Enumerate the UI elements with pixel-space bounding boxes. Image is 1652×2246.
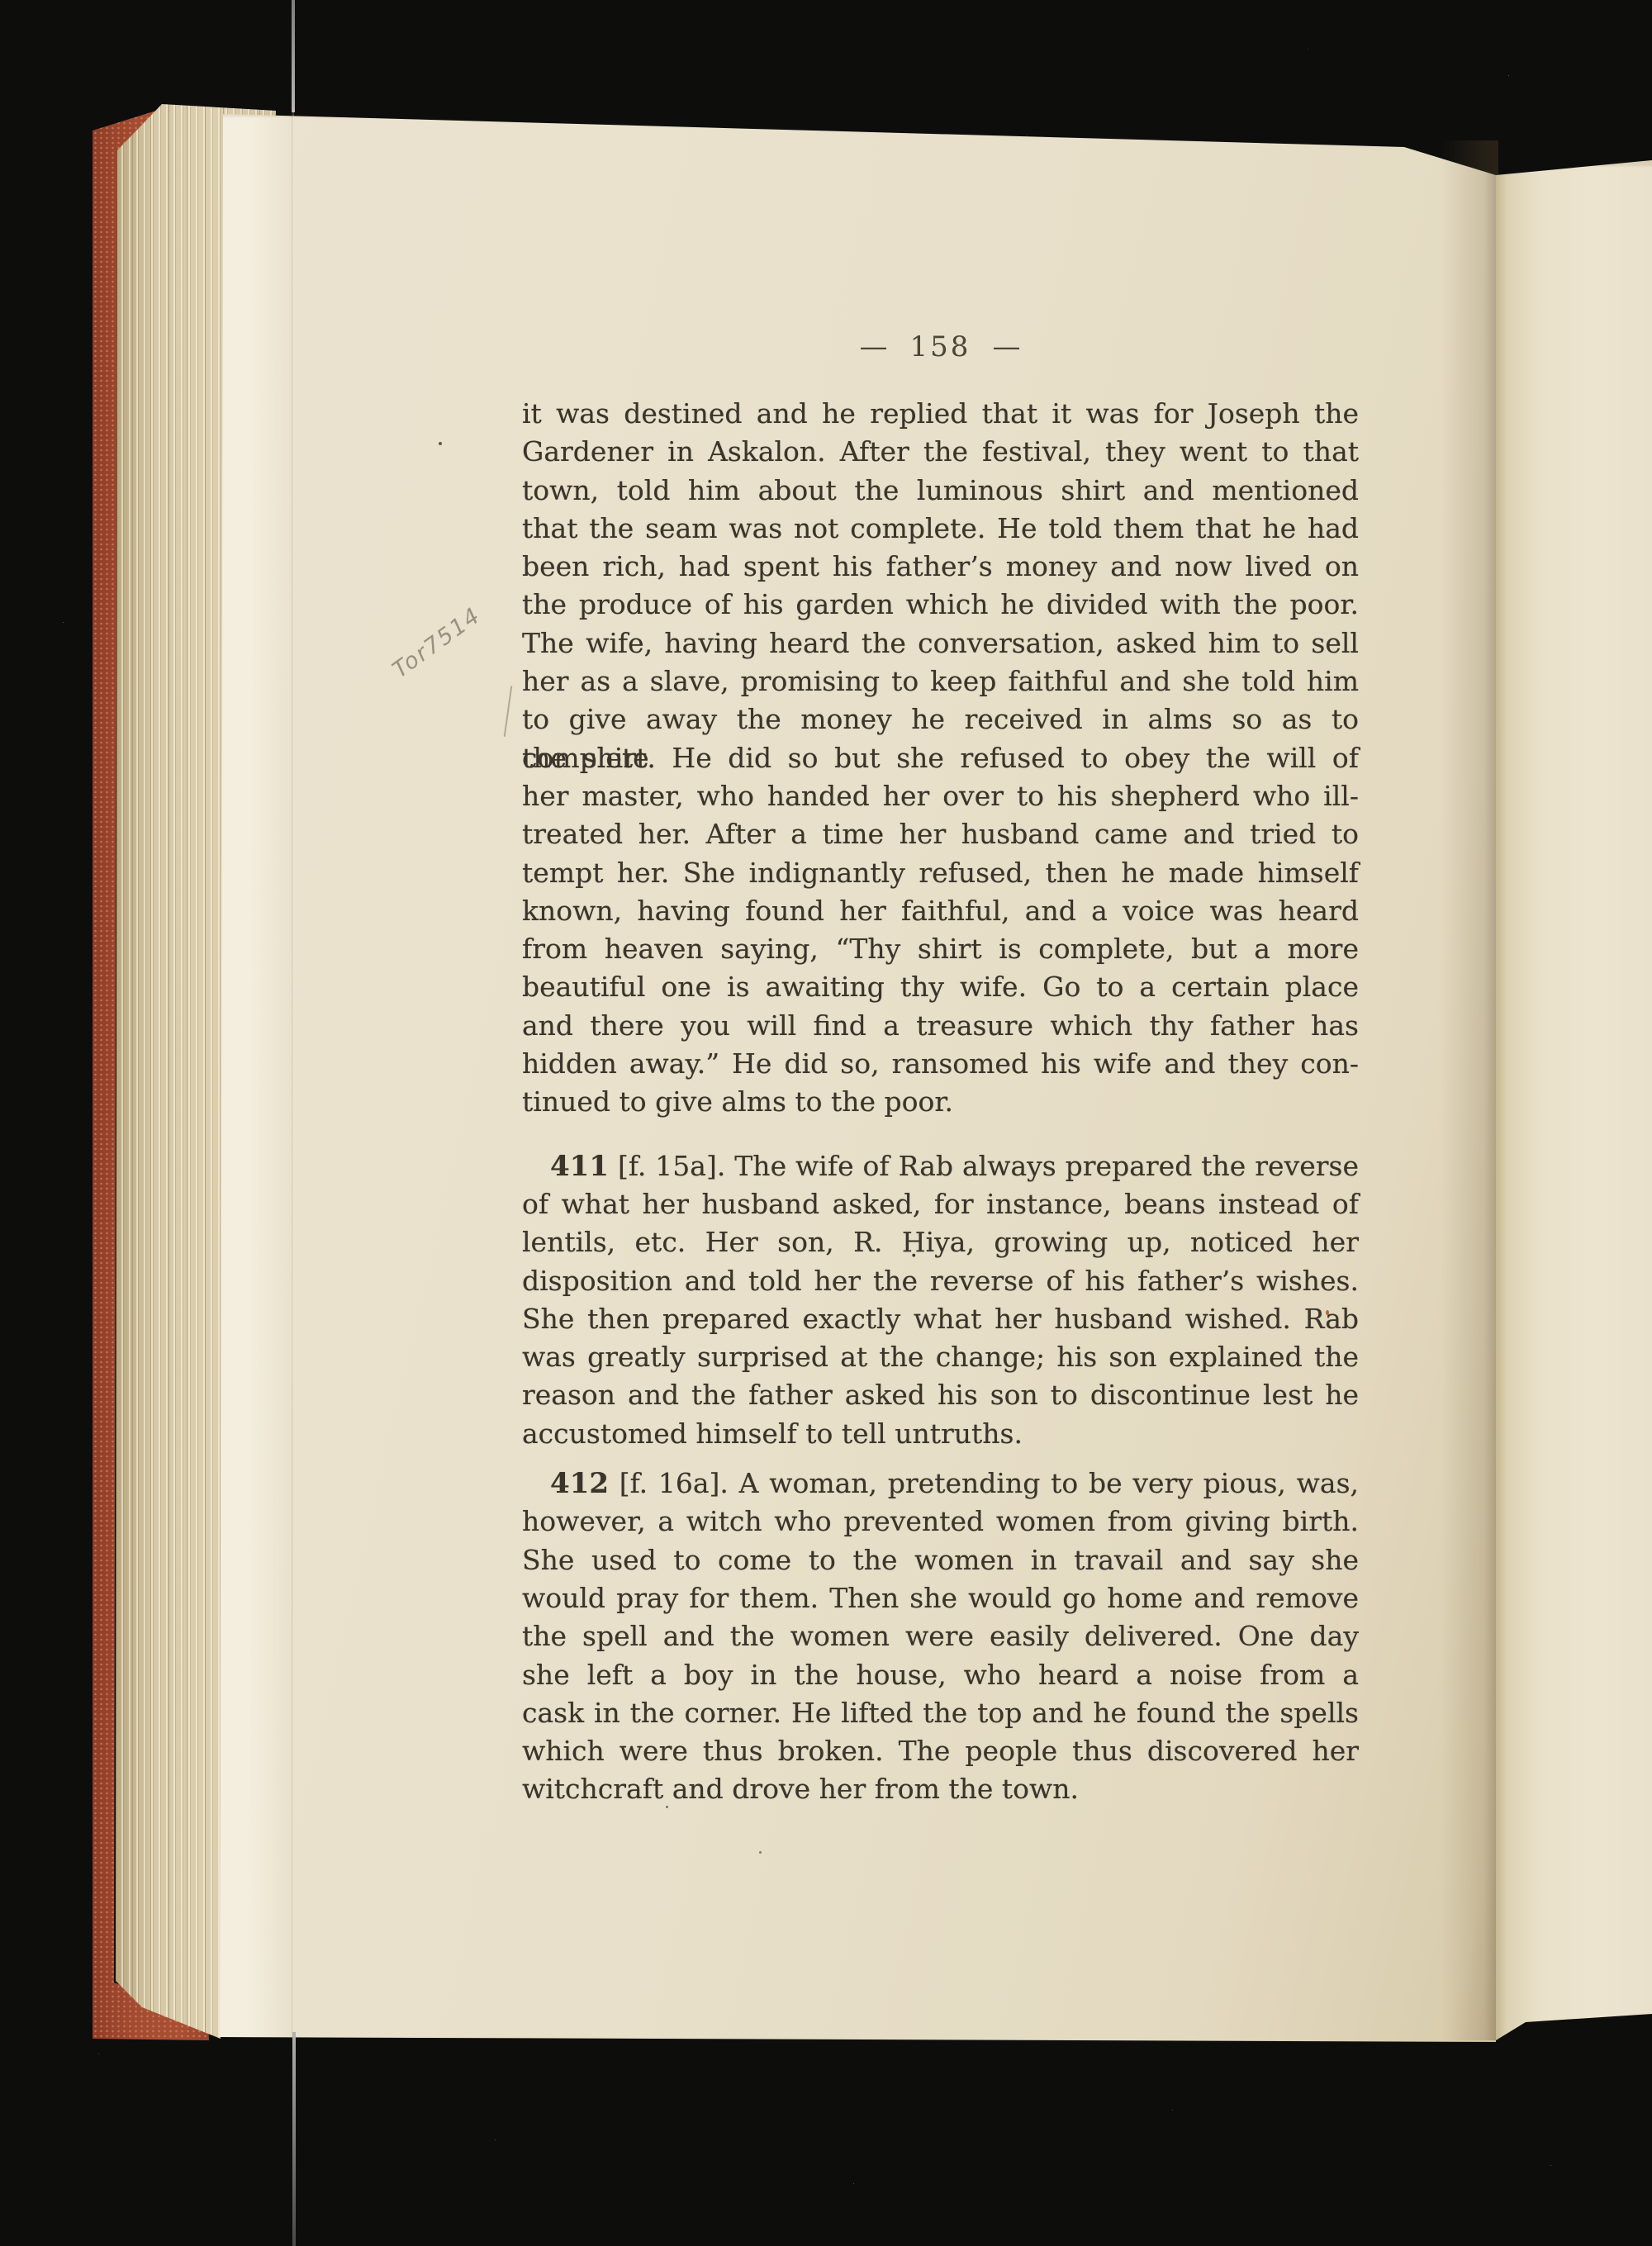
conservation-string-bottom (292, 2032, 296, 2246)
text-line: beautiful one is awaiting thy wife. Go t… (522, 968, 1359, 1006)
text-line: The wife, having heard the conversation,… (522, 624, 1359, 662)
text-line: accustomed himself to tell untruths. (522, 1415, 1359, 1453)
header-dash-right: — (992, 330, 1021, 363)
header-dash-left: — (860, 330, 889, 363)
text-line: 412 [f. 16a]. A woman, pretending to be … (522, 1465, 1359, 1503)
text-line: tinued to give alms to the poor. (522, 1083, 1359, 1121)
foxing-speck (666, 1806, 668, 1808)
text-line: cask in the corner. He lifted the top an… (522, 1694, 1359, 1732)
paragraph-411: 411 [f. 15a]. The wife of Rab always pre… (522, 1147, 1359, 1453)
running-head: —158— (522, 329, 1359, 365)
conservation-string-top (292, 0, 295, 112)
text-line: She used to come to the women in travail… (522, 1541, 1359, 1579)
text-line: disposition and told her the reverse of … (522, 1262, 1359, 1300)
conservation-string-over-page (292, 109, 294, 2037)
page-number: 158 (910, 330, 971, 363)
text-line: lentils, etc. Her son, R. Ḥiya, growing … (522, 1223, 1359, 1261)
text-block: —158— it was destined and he replied tha… (522, 329, 1359, 1809)
text-line: witchcraft and drove her from the town. (522, 1770, 1359, 1808)
text-line: to give away the money he received in al… (522, 700, 1359, 738)
foxing-speck (1326, 1310, 1329, 1315)
entry-number: 412 (550, 1467, 609, 1500)
text-line: which were thus broken. The people thus … (522, 1732, 1359, 1770)
gutter-shadow (1441, 140, 1498, 2040)
text-line: reason and the father asked his son to d… (522, 1376, 1359, 1414)
paragraphs-container: it was destined and he replied that it w… (522, 395, 1359, 1809)
text-line: her master, who handed her over to his s… (522, 777, 1359, 815)
entry-first-line-text: [f. 16a]. A woman, pretending to be very… (609, 1467, 1359, 1499)
text-line: it was destined and he replied that it w… (522, 395, 1359, 433)
paragraph-412: 412 [f. 16a]. A woman, pretending to be … (522, 1465, 1359, 1809)
text-line: town, told him about the luminous shirt … (522, 472, 1359, 510)
text-line: the produce of his garden which he divid… (522, 586, 1359, 624)
text-line: tempt her. She indignantly refused, then… (522, 854, 1359, 892)
entry-first-line-text: [f. 15a]. The wife of Rab always prepare… (609, 1150, 1359, 1182)
text-line: would pray for them. Then she would go h… (522, 1579, 1359, 1617)
foxing-speck (759, 1851, 762, 1854)
text-line: and there you will find a treasure which… (522, 1007, 1359, 1045)
text-line: treated her. After a time her husband ca… (522, 815, 1359, 853)
text-line: She then prepared exactly what her husba… (522, 1300, 1359, 1338)
book-photograph: —158— it was destined and he replied tha… (0, 0, 1652, 2246)
text-line: from heaven saying, “Thy shirt is comple… (522, 930, 1359, 968)
text-line: was greatly surprised at the change; his… (522, 1338, 1359, 1376)
text-line: that the seam was not complete. He told … (522, 510, 1359, 548)
entry-number: 411 (550, 1150, 609, 1183)
text-line: the spell and the women were easily deli… (522, 1617, 1359, 1655)
facing-page-edge (1496, 157, 1652, 2044)
text-line: been rich, had spent his father’s money … (522, 548, 1359, 586)
text-line: Gardener in Askalon. After the festival,… (522, 433, 1359, 471)
text-line: her as a slave, promising to keep faithf… (522, 662, 1359, 700)
text-line: of what her husband asked, for instance,… (522, 1185, 1359, 1223)
paragraph-continuation: it was destined and he replied that it w… (522, 395, 1359, 1122)
text-line: 411 [f. 15a]. The wife of Rab always pre… (522, 1147, 1359, 1185)
text-line: she left a boy in the house, who heard a… (522, 1656, 1359, 1694)
text-line: hidden away.” He did so, ransomed his wi… (522, 1045, 1359, 1083)
text-line: however, a witch who prevented women fro… (522, 1503, 1359, 1541)
text-line: the shirt. He did so but she refused to … (522, 739, 1359, 777)
foxing-speck (439, 442, 442, 445)
text-line: known, having found her faithful, and a … (522, 892, 1359, 930)
